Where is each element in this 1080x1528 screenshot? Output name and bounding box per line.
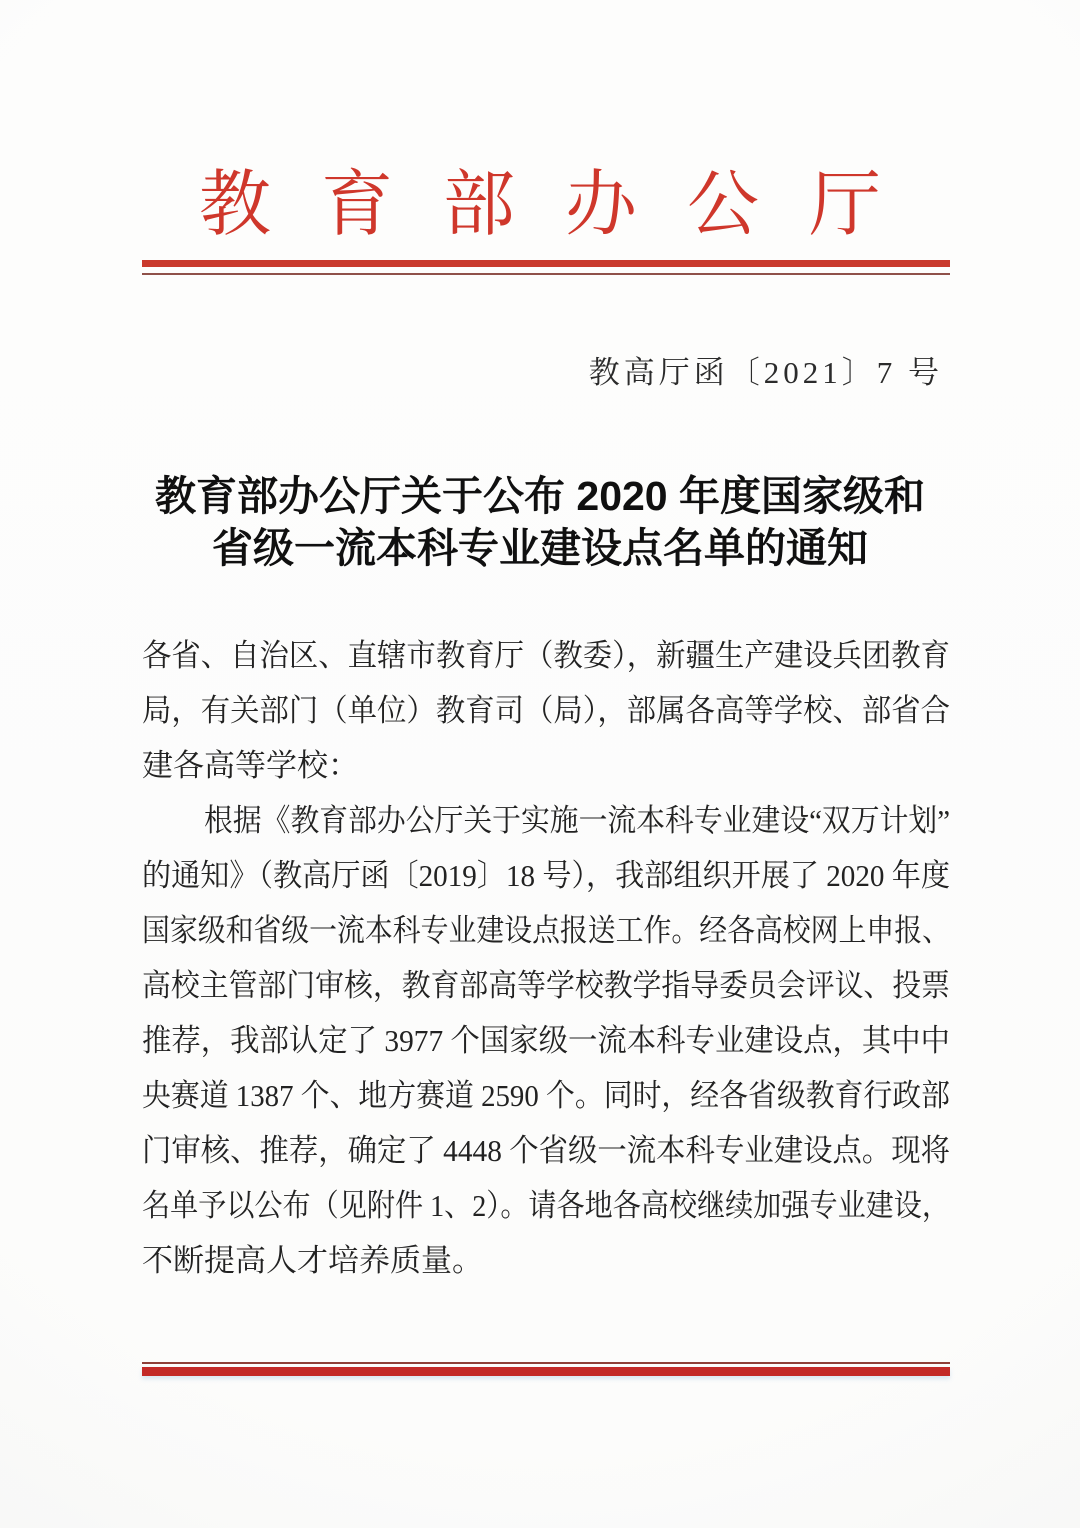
text-line-content: 央赛道 1387 个、地方赛道 2590 个。同时，经各省级教育行政部 <box>142 1068 950 1123</box>
text-line-content: 的通知》（教高厅函〔2019〕18 号），我部组织开展了 2020 年度 <box>142 848 950 903</box>
footer-divider-thick <box>142 1367 950 1376</box>
header-divider-thick <box>142 260 950 267</box>
text-line: 的通知》（教高厅函〔2019〕18 号），我部组织开展了 2020 年度 <box>142 848 950 903</box>
text-line-content: 高校主管部门审核，教育部高等学校教学指导委员会评议、投票 <box>142 958 950 1013</box>
notice-title: 教育部办公厅关于公布 2020 年度国家级和 省级一流本科专业建设点名单的通知 <box>0 470 1080 574</box>
text-line-content: 根据《教育部办公厅关于实施一流本科专业建设“双万计划” <box>204 793 950 848</box>
document-number: 教高厅函〔2021〕7 号 <box>589 347 943 392</box>
text-line: 门审核、推荐，确定了 4448 个省级一流本科专业建设点。现将 <box>142 1123 950 1178</box>
text-line: 局，有关部门（单位）教育司（局），部属各高等学校、部省合 <box>142 683 950 738</box>
text-line: 高校主管部门审核，教育部高等学校教学指导委员会评议、投票 <box>142 958 950 1013</box>
text-line-content: 局，有关部门（单位）教育司（局），部属各高等学校、部省合 <box>142 683 950 738</box>
text-line: 国家级和省级一流本科专业建设点报送工作。经各高校网上申报、 <box>142 903 950 958</box>
text-line: 各省、自治区、直辖市教育厅（教委），新疆生产建设兵团教育 <box>142 628 950 683</box>
text-line-content: 各省、自治区、直辖市教育厅（教委），新疆生产建设兵团教育 <box>142 628 950 683</box>
salutation-paragraph: 各省、自治区、直辖市教育厅（教委），新疆生产建设兵团教育局，有关部门（单位）教育… <box>142 628 950 793</box>
header-divider-thin <box>142 273 950 275</box>
notice-title-line-1: 教育部办公厅关于公布 2020 年度国家级和 <box>0 470 1080 522</box>
footer-divider-thin <box>142 1362 950 1364</box>
text-line: 推荐，我部认定了 3977 个国家级一流本科专业建设点，其中中 <box>142 1013 950 1068</box>
text-line: 名单予以公布（见附件 1、2）。请各地各高校继续加强专业建设， <box>142 1178 950 1233</box>
text-line-content: 名单予以公布（见附件 1、2）。请各地各高校继续加强专业建设， <box>142 1178 950 1233</box>
main-paragraph: 根据《教育部办公厅关于实施一流本科专业建设“双万计划”的通知》（教高厅函〔201… <box>142 793 950 1288</box>
text-line-content: 建各高等学校： <box>142 738 359 793</box>
text-line-content: 国家级和省级一流本科专业建设点报送工作。经各高校网上申报、 <box>142 903 950 958</box>
text-line: 根据《教育部办公厅关于实施一流本科专业建设“双万计划” <box>142 793 950 848</box>
document-page: 教育部办公厅 教高厅函〔2021〕7 号 教育部办公厅关于公布 2020 年度国… <box>0 0 1080 1528</box>
text-line: 不断提高人才培养质量。 <box>142 1233 950 1288</box>
text-line-content: 推荐，我部认定了 3977 个国家级一流本科专业建设点，其中中 <box>142 1013 950 1068</box>
text-line-content: 门审核、推荐，确定了 4448 个省级一流本科专业建设点。现将 <box>142 1123 950 1178</box>
letterhead-org-name: 教育部办公厅 <box>0 146 1080 250</box>
text-line: 建各高等学校： <box>142 738 950 793</box>
text-line: 央赛道 1387 个、地方赛道 2590 个。同时，经各省级教育行政部 <box>142 1068 950 1123</box>
body-text: 各省、自治区、直辖市教育厅（教委），新疆生产建设兵团教育局，有关部门（单位）教育… <box>142 628 950 1288</box>
text-line-content: 不断提高人才培养质量。 <box>142 1233 483 1288</box>
notice-title-line-2: 省级一流本科专业建设点名单的通知 <box>0 522 1080 574</box>
